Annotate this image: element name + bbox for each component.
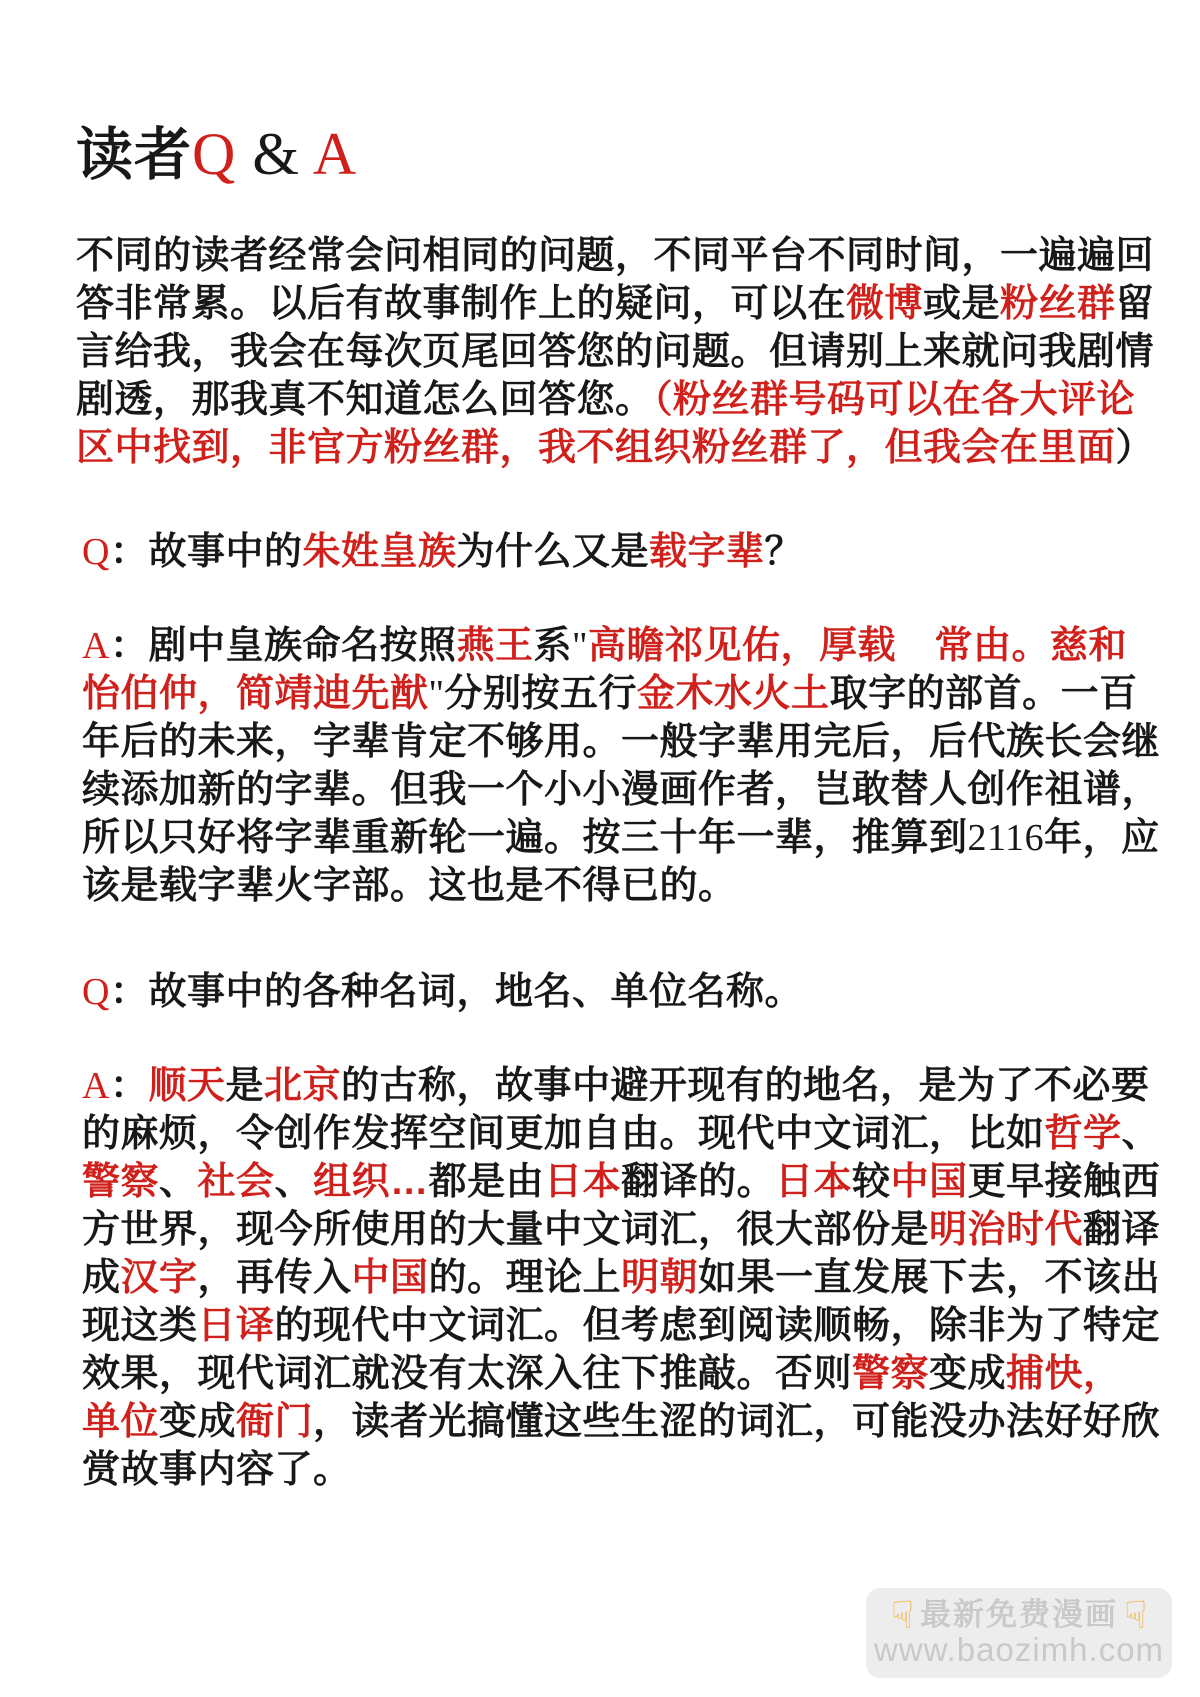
body-text: 方世界，现今所使用的大量中文词汇，很大部份是 xyxy=(82,1209,929,1251)
highlight-text: 怡伯仲，简靖迪先猷 xyxy=(82,673,429,715)
body-text: 、 xyxy=(275,1161,314,1203)
body-text: 2116 xyxy=(968,817,1045,859)
highlight-text: 衙门 xyxy=(236,1401,313,1443)
highlight-text: A xyxy=(82,625,110,667)
body-text: ： xyxy=(110,1065,149,1107)
watermark-title: 最新免费漫画 xyxy=(920,1598,1118,1632)
body-text: 不同的读者经常会问相同的问题，不同平台不同时间，一遍遍回 xyxy=(76,235,1154,277)
body-text: 该是载字辈火字部。这也是不得已的。 xyxy=(82,865,737,907)
highlight-text: Q xyxy=(192,121,236,187)
text-line: 该是载字辈火字部。这也是不得已的。 xyxy=(82,862,1036,910)
body-text: 成 xyxy=(82,1257,121,1299)
intro-paragraph: 不同的读者经常会问相同的问题，不同平台不同时间，一遍遍回答非常累。以后有故事制作… xyxy=(76,232,1036,472)
body-text: 为什么又是 xyxy=(456,531,649,573)
text-line: 答非常累。以后有故事制作上的疑问，可以在微博或是粉丝群留 xyxy=(76,280,1036,328)
highlight-text: （粉丝群号码可以在各大评论 xyxy=(654,379,1136,421)
highlight-text: Q xyxy=(82,531,110,573)
pointing-down-icon: ☟ xyxy=(1124,1598,1147,1632)
body-text: 剧透，那我真不知道怎么回答您。 xyxy=(76,379,654,421)
highlight-text: 燕王 xyxy=(456,625,533,667)
question-2: Q：故事中的各种名词，地名、单位名称。 xyxy=(76,968,1036,1016)
highlight-text: Q xyxy=(82,971,110,1013)
body-text: 年，应 xyxy=(1044,817,1160,859)
body-text: 翻译 xyxy=(1083,1209,1160,1251)
text-line: 方世界，现今所使用的大量中文词汇，很大部份是明治时代翻译 xyxy=(82,1206,1036,1254)
body-text: 的古称，故事中避开现有的地名，是为了不必要 xyxy=(341,1065,1150,1107)
body-text: 变成 xyxy=(159,1401,236,1443)
body-text: 或是 xyxy=(923,283,1000,325)
highlight-text: 警察 xyxy=(852,1353,929,1395)
highlight-text: 朱姓皇族 xyxy=(302,531,456,573)
highlight-text: 明朝 xyxy=(621,1257,698,1299)
body-text: ） xyxy=(1116,427,1155,469)
highlight-text: 金木水火土 xyxy=(637,673,830,715)
text-line: Q：故事中的各种名词，地名、单位名称。 xyxy=(82,968,1036,1016)
text-line: 的麻烦，令创作发挥空间更加自由。现代中文词汇，比如哲学、 xyxy=(82,1110,1036,1158)
body-text: 翻译的。 xyxy=(621,1161,775,1203)
highlight-text: 北京 xyxy=(264,1065,341,1107)
body-text: 的麻烦，令创作发挥空间更加自由。现代中文词汇，比如 xyxy=(82,1113,1045,1155)
highlight-text: A xyxy=(82,1065,110,1107)
body-text: ，再传入 xyxy=(198,1257,352,1299)
highlight-text: 警察 xyxy=(82,1161,159,1203)
text-line: 怡伯仲，简靖迪先猷"分别按五行金木水火土取字的部首。一百 xyxy=(82,670,1036,718)
question-1: Q：故事中的朱姓皇族为什么又是载字辈？ xyxy=(76,528,1036,576)
highlight-text: 中国 xyxy=(352,1257,429,1299)
body-text: ：故事中的 xyxy=(110,531,303,573)
watermark-row: ☟ 最新免费漫画 ☟ xyxy=(891,1598,1147,1632)
highlight-text: 社会 xyxy=(198,1161,275,1203)
text-line: 现这类日译的现代中文词汇。但考虑到阅读顺畅，除非为了特定 xyxy=(82,1302,1036,1350)
highlight-text: 载字辈 xyxy=(649,531,765,573)
body-text: 变成 xyxy=(929,1353,1006,1395)
body-text: 系 xyxy=(533,625,572,667)
highlight-text: A xyxy=(313,121,357,187)
text-line: 年后的未来，字辈肯定不够用。一般字辈用完后，后代族长会继 xyxy=(82,718,1036,766)
body-text: 更早接触西 xyxy=(968,1161,1161,1203)
body-text: 效果，现代词汇就没有太深入往下推敲。否则 xyxy=(82,1353,852,1395)
body-text: 年后的未来，字辈肯定不够用。一般字辈用完后，后代族长会继 xyxy=(82,721,1160,763)
body-text: ，读者光搞懂这些生涩的词汇，可能没办法好好欣 xyxy=(313,1401,1160,1443)
body-text: 、 xyxy=(159,1161,198,1203)
highlight-text: 单位 xyxy=(82,1401,159,1443)
text-line: 效果，现代词汇就没有太深入往下推敲。否则警察变成捕快， xyxy=(82,1350,1036,1398)
highlight-text: 区中找到，非官方粉丝群，我不组织粉丝群了，但我会在里面 xyxy=(76,427,1116,469)
text-line: 警察、社会、组织…都是由日本翻译的。日本较中国更早接触西 xyxy=(82,1158,1036,1206)
body-text: & xyxy=(236,121,312,187)
body-text: 答非常累。以后有故事制作上的疑问，可以在 xyxy=(76,283,846,325)
body-text: 的。理论上 xyxy=(429,1257,622,1299)
text-line: 赏故事内容了。 xyxy=(82,1446,1036,1494)
answer-2: A：顺天是北京的古称，故事中避开现有的地名，是为了不必要的麻烦，令创作发挥空间更… xyxy=(76,1062,1036,1494)
body-text: 留 xyxy=(1116,283,1155,325)
text-line: A：剧中皇族命名按照燕王系"高瞻祁见佑，厚载 常由。慈和 xyxy=(82,622,1036,670)
highlight-text: 粉丝群 xyxy=(1000,283,1116,325)
text-line: 成汉字，再传入中国的。理论上明朝如果一直发展下去，不该出 xyxy=(82,1254,1036,1302)
watermark-badge: ☟ 最新免费漫画 ☟ www.baozimh.com xyxy=(866,1588,1172,1678)
body-text: 都是由 xyxy=(429,1161,545,1203)
page-content: 读者Q & A 不同的读者经常会问相同的问题，不同平台不同时间，一遍遍回答非常累… xyxy=(76,116,1036,1494)
highlight-text: 明治时代 xyxy=(929,1209,1083,1251)
page-title: 读者Q & A xyxy=(76,116,1036,192)
text-line: Q：故事中的朱姓皇族为什么又是载字辈？ xyxy=(82,528,1036,576)
body-text: 现这类 xyxy=(82,1305,198,1347)
text-line: 读者Q & A xyxy=(76,116,1036,192)
body-text: 较 xyxy=(852,1161,891,1203)
text-line: 区中找到，非官方粉丝群，我不组织粉丝群了，但我会在里面） xyxy=(76,424,1036,472)
pointing-down-icon: ☟ xyxy=(891,1598,914,1632)
text-line: A：顺天是北京的古称，故事中避开现有的地名，是为了不必要 xyxy=(82,1062,1036,1110)
body-text: 是 xyxy=(225,1065,264,1107)
highlight-text: 组织… xyxy=(313,1161,429,1203)
body-text: 言给我，我会在每次页尾回答您的问题。但请别上来就问我剧情 xyxy=(76,331,1154,373)
body-text: 、 xyxy=(1122,1113,1161,1155)
text-line: 言给我，我会在每次页尾回答您的问题。但请别上来就问我剧情 xyxy=(76,328,1036,376)
body-text: ：故事中的各种名词，地名、单位名称。 xyxy=(110,971,803,1013)
body-text: 如果一直发展下去，不该出 xyxy=(698,1257,1160,1299)
body-text: 赏故事内容了。 xyxy=(82,1449,352,1491)
text-line: 所以只好将字辈重新轮一遍。按三十年一辈，推算到2116年，应 xyxy=(82,814,1036,862)
highlight-text: 中国 xyxy=(891,1161,968,1203)
body-text: 取字的部首。一百 xyxy=(830,673,1138,715)
body-text: 续添加新的字辈。但我一个小小漫画作者，岂敢替人创作祖谱， xyxy=(82,769,1160,811)
highlight-text: 日译 xyxy=(198,1305,275,1347)
highlight-text: 顺天 xyxy=(148,1065,225,1107)
body-text: " xyxy=(429,673,445,715)
body-text: 的现代中文词汇。但考虑到阅读顺畅，除非为了特定 xyxy=(275,1305,1161,1347)
body-text: 分别按五行 xyxy=(445,673,638,715)
text-line: 单位变成衙门，读者光搞懂这些生涩的词汇，可能没办法好好欣 xyxy=(82,1398,1036,1446)
highlight-text: 微博 xyxy=(846,283,923,325)
body-text: 所以只好将字辈重新轮一遍。按三十年一辈，推算到 xyxy=(82,817,968,859)
highlight-text: 高瞻祁见佑，厚载 常由。慈和 xyxy=(588,625,1127,667)
text-line: 续添加新的字辈。但我一个小小漫画作者，岂敢替人创作祖谱， xyxy=(82,766,1036,814)
body-text: ？ xyxy=(765,531,804,573)
manga-qa-page: 读者Q & A 不同的读者经常会问相同的问题，不同平台不同时间，一遍遍回答非常累… xyxy=(0,0,1200,1697)
body-text: 读者 xyxy=(76,123,192,187)
text-line: 剧透，那我真不知道怎么回答您。（粉丝群号码可以在各大评论 xyxy=(76,376,1036,424)
text-line: 不同的读者经常会问相同的问题，不同平台不同时间，一遍遍回 xyxy=(76,232,1036,280)
answer-1: A：剧中皇族命名按照燕王系"高瞻祁见佑，厚载 常由。慈和怡伯仲，简靖迪先猷"分别… xyxy=(76,622,1036,910)
highlight-text: 日本 xyxy=(775,1161,852,1203)
highlight-text: 哲学 xyxy=(1045,1113,1122,1155)
highlight-text: 捕快， xyxy=(1006,1353,1122,1395)
body-text: " xyxy=(572,625,588,667)
watermark-url: www.baozimh.com xyxy=(874,1632,1164,1668)
body-text: ：剧中皇族命名按照 xyxy=(110,625,457,667)
highlight-text: 汉字 xyxy=(121,1257,198,1299)
highlight-text: 日本 xyxy=(544,1161,621,1203)
